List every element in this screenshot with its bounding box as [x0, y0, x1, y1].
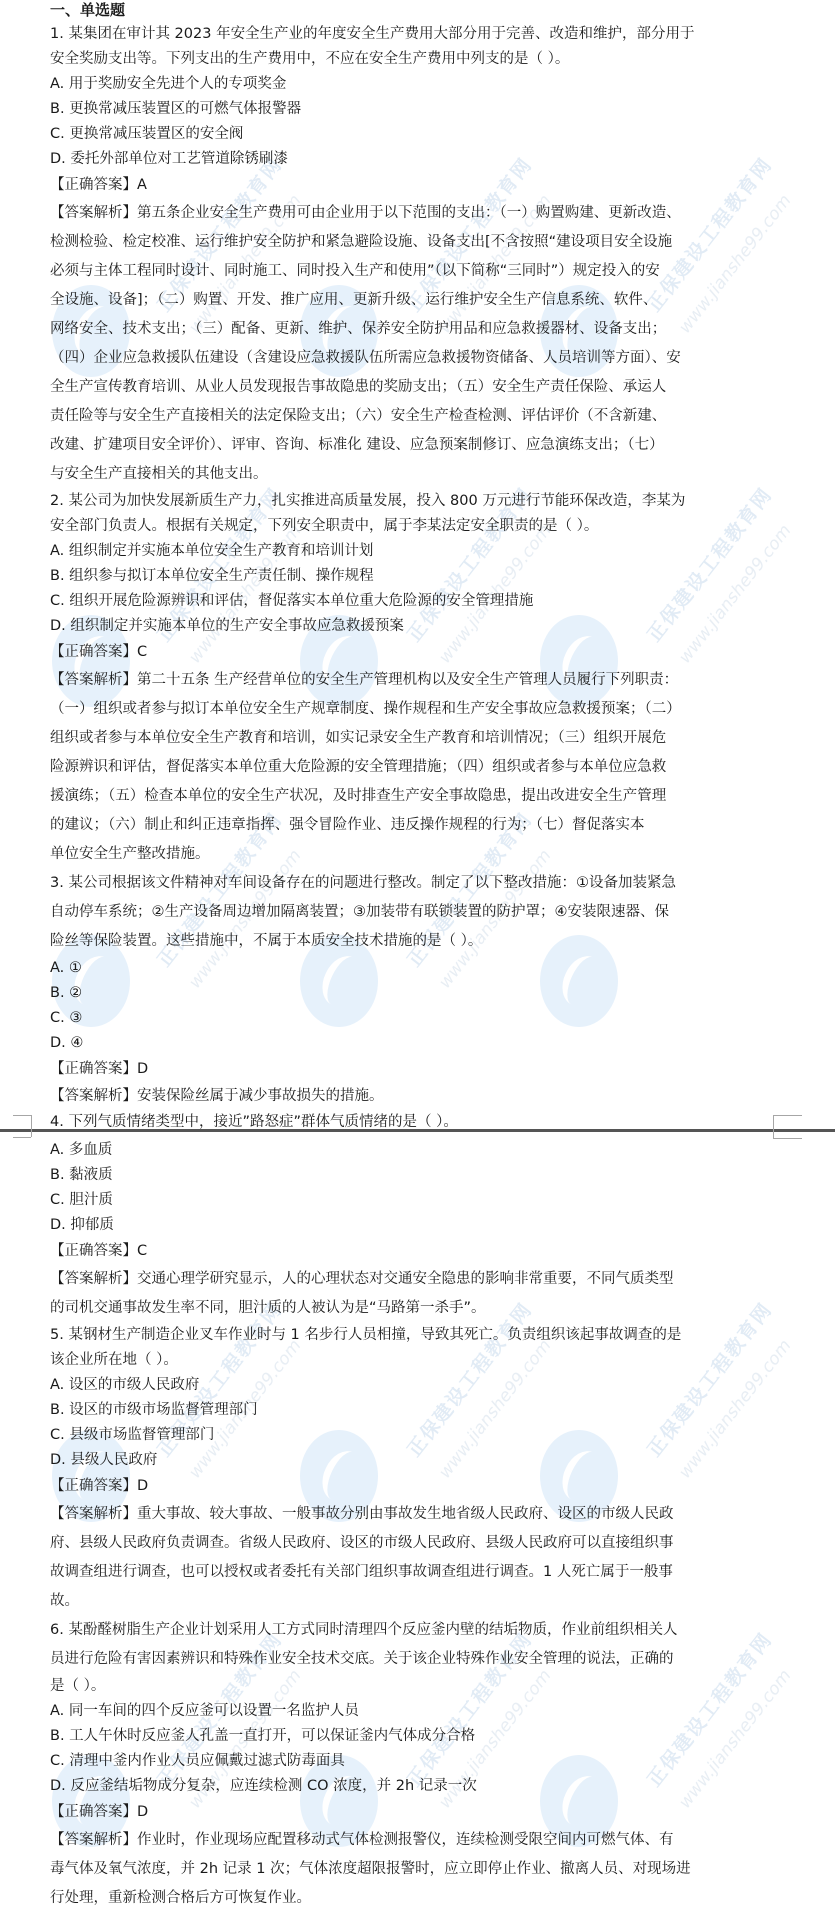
- analysis-text: 第二十五条 生产经营单位的安全生产管理机构以及安全生产管理人员履行下列职责：: [137, 672, 678, 688]
- analysis-line: 【答案解析】交通心理学研究显示，人的心理状态对交通安全隐患的影响非常重要，不同气…: [0, 1265, 835, 1294]
- question-6: 6. 某酚醛树脂生产企业计划采用人工方式同时清理四个反应釜内壁的结垢物质，作业前…: [0, 1616, 835, 1913]
- option-a: A. 设区的市级人民政府: [0, 1373, 835, 1398]
- answer-label: 【正确答案】: [50, 1804, 137, 1820]
- analysis-line: 【答案解析】第二十五条 生产经营单位的安全生产管理机构以及安全生产管理人员履行下…: [0, 666, 835, 695]
- page-break-line: [0, 1129, 835, 1132]
- analysis-line: 府、县级人民政府负责调查。省级人民政府、设区的市级人民政府、县级人民政府可以直接…: [0, 1529, 835, 1558]
- analysis-label: 【答案解析】: [50, 1088, 137, 1104]
- analysis-line: 责任险等与安全生产直接相关的法定保险支出；（六）安全生产检查检测、评估评价（不含…: [0, 402, 835, 431]
- question-stem-line: 是（ ）。: [0, 1674, 835, 1699]
- analysis-line: 网络安全、技术支出；（三）配备、更新、维护、保养安全防护用品和应急救援器材、设备…: [0, 315, 835, 344]
- analysis-line: 【答案解析】作业时，作业现场应配置移动式气体检测报警仪，连续检测受限空间内可燃气…: [0, 1826, 835, 1855]
- option-c: C. 更换常减压装置区的安全阀: [0, 122, 835, 147]
- option-d: D. ④: [0, 1031, 835, 1056]
- answer-label: 【正确答案】: [50, 1061, 137, 1077]
- analysis-line: 检测检验、检定校准、运行维护安全防护和紧急避险设施、设备支出[不含按照“建设项目…: [0, 228, 835, 257]
- option-d: D. 组织制定并实施本单位的生产安全事故应急救援预案: [0, 614, 835, 639]
- analysis-label: 【答案解析】: [50, 1506, 137, 1522]
- option-b: B. 黏液质: [0, 1163, 835, 1188]
- analysis-line: 险源辨识和评估，督促落实本单位重大危险源的安全管理措施；（四）组织或者参与本单位…: [0, 753, 835, 782]
- question-5: 5. 某钢材生产制造企业叉车作业时与 1 名步行人员相撞，导致其死亡。负责组织该…: [0, 1323, 835, 1616]
- analysis-line: 行处理，重新检测合格后方可恢复作业。: [0, 1884, 835, 1913]
- option-a: A. 同一车间的四个反应釜可以设置一名监护人员: [0, 1699, 835, 1724]
- analysis-line: 故调查组进行调查，也可以授权或者委托有关部门组织事故调查组进行调查。1 人死亡属…: [0, 1558, 835, 1587]
- question-stem-line: 1. 某集团在审计其 2023 年安全生产业的年度安全生产费用大部分用于完善、改…: [0, 22, 835, 47]
- correct-answer: 【正确答案】D: [0, 1056, 835, 1083]
- answer-value: C: [137, 644, 147, 660]
- option-d: D. 县级人民政府: [0, 1448, 835, 1473]
- answer-value: D: [137, 1478, 148, 1494]
- question-2: 2. 某公司为加快发展新质生产力，扎实推进高质量发展，投入 800 万元进行节能…: [0, 489, 835, 869]
- analysis-text: 第五条企业安全生产费用可由企业用于以下范围的支出：（一）购置购建、更新改造、: [137, 205, 681, 221]
- question-stem-line: 5. 某钢材生产制造企业叉车作业时与 1 名步行人员相撞，导致其死亡。负责组织该…: [0, 1323, 835, 1348]
- analysis-text: 重大事故、较大事故、一般事故分别由事故发生地省级人民政府、设区的市级人民政: [137, 1506, 674, 1522]
- option-d: D. 反应釜结垢物成分复杂，应连续检测 CO 浓度，并 2h 记录一次: [0, 1774, 835, 1799]
- analysis-line: 单位安全生产整改措施。: [0, 840, 835, 869]
- option-b: B. 工人午休时反应釜人孔盖一直打开，可以保证釜内气体成分合格: [0, 1724, 835, 1749]
- analysis-text: 交通心理学研究显示，人的心理状态对交通安全隐患的影响非常重要，不同气质类型: [137, 1271, 674, 1287]
- crop-mark-right: [773, 1115, 802, 1139]
- correct-answer: 【正确答案】D: [0, 1799, 835, 1826]
- option-a: A. 组织制定并实施本单位安全生产教育和培训计划: [0, 539, 835, 564]
- analysis-line: 改建、扩建项目安全评价）、评审、咨询、标准化 建设、应急预案制修订、应急演练支出…: [0, 431, 835, 460]
- crop-mark-left: [13, 1115, 32, 1137]
- document-page-1: 一、单选题 1. 某集团在审计其 2023 年安全生产业的年度安全生产费用大部分…: [0, 0, 835, 1135]
- crop-mark-left: [13, 1137, 31, 1138]
- option-c: C. 组织开展危险源辨识和评估，督促落实本单位重大危险源的安全管理措施: [0, 589, 835, 614]
- analysis-line: 的司机交通事故发生率不同，胆汁质的人被认为是“马路第一杀手”。: [0, 1294, 835, 1323]
- analysis-line: 援演练；（五）检查本单位的安全生产状况，及时排查生产安全事故隐患，提出改进安全生…: [0, 782, 835, 811]
- question-3: 3. 某公司根据该文件精神对车间设备存在的问题进行整改。制定了以下整改措施：①设…: [0, 869, 835, 1110]
- analysis-label: 【答案解析】: [50, 1832, 137, 1848]
- answer-value: C: [137, 1243, 147, 1259]
- analysis-line: 毒气体及氧气浓度，并 2h 记录 1 次；气体浓度超限报警时，应立即停止作业、撤…: [0, 1855, 835, 1884]
- question-stem-line: 安全奖励支出等。下列支出的生产费用中，不应在安全生产费用中列支的是（ ）。: [0, 47, 835, 72]
- option-d: D. 委托外部单位对工艺管道除锈刷漆: [0, 147, 835, 172]
- analysis-line: （一）组织或者参与拟订本单位安全生产规章制度、操作规程和生产安全事故应急救援预案…: [0, 695, 835, 724]
- analysis-line: 全设施、设备]；（二）购置、开发、推广应用、更新升级、运行维护安全生产信息系统、…: [0, 286, 835, 315]
- option-d: D. 抑郁质: [0, 1213, 835, 1238]
- analysis-label: 【答案解析】: [50, 1271, 137, 1287]
- question-stem-line: 自动停车系统；②生产设备周边增加隔离装置；③加装带有联锁装置的防护罩；④安装限速…: [0, 898, 835, 927]
- option-b: B. 组织参与拟订本单位安全生产责任制、操作规程: [0, 564, 835, 589]
- analysis-line: 与安全生产直接相关的其他支出。: [0, 460, 835, 489]
- analysis-text: 作业时，作业现场应配置移动式气体检测报警仪，连续检测受限空间内可燃气体、有: [137, 1832, 674, 1848]
- analysis-line: 【答案解析】重大事故、较大事故、一般事故分别由事故发生地省级人民政府、设区的市级…: [0, 1500, 835, 1529]
- analysis-label: 【答案解析】: [50, 672, 137, 688]
- correct-answer: 【正确答案】C: [0, 1238, 835, 1265]
- question-stem-line: 6. 某酚醛树脂生产企业计划采用人工方式同时清理四个反应釜内壁的结垢物质，作业前…: [0, 1616, 835, 1645]
- correct-answer: 【正确答案】C: [0, 639, 835, 666]
- analysis-line: 【答案解析】安装保险丝属于减少事故损失的措施。: [0, 1083, 835, 1110]
- option-b: B. 设区的市级市场监督管理部门: [0, 1398, 835, 1423]
- question-stem-line: 3. 某公司根据该文件精神对车间设备存在的问题进行整改。制定了以下整改措施：①设…: [0, 869, 835, 898]
- option-b: B. ②: [0, 981, 835, 1006]
- analysis-label: 【答案解析】: [50, 205, 137, 221]
- answer-label: 【正确答案】: [50, 1478, 137, 1494]
- document-page-2: A. 多血质 B. 黏液质 C. 胆汁质 D. 抑郁质 【正确答案】C 【答案解…: [0, 1138, 835, 1913]
- question-stem-line: 该企业所在地（ ）。: [0, 1348, 835, 1373]
- answer-label: 【正确答案】: [50, 177, 137, 193]
- analysis-text: 安装保险丝属于减少事故损失的措施。: [137, 1088, 384, 1104]
- question-4: A. 多血质 B. 黏液质 C. 胆汁质 D. 抑郁质 【正确答案】C 【答案解…: [0, 1138, 835, 1323]
- question-stem-line: 安全部门负责人。根据有关规定，下列安全职责中，属于李某法定安全职责的是（ ）。: [0, 514, 835, 539]
- question-stem-line: 2. 某公司为加快发展新质生产力，扎实推进高质量发展，投入 800 万元进行节能…: [0, 489, 835, 514]
- correct-answer: 【正确答案】D: [0, 1473, 835, 1500]
- correct-answer: 【正确答案】A: [0, 172, 835, 199]
- answer-value: D: [137, 1061, 148, 1077]
- analysis-line: （四）企业应急救援队伍建设（含建设应急救援队伍所需应急救援物资储备、人员培训等方…: [0, 344, 835, 373]
- option-c: C. 县级市场监督管理部门: [0, 1423, 835, 1448]
- question-1: 1. 某集团在审计其 2023 年安全生产业的年度安全生产费用大部分用于完善、改…: [0, 22, 835, 489]
- answer-label: 【正确答案】: [50, 644, 137, 660]
- analysis-line: 全生产宣传教育培训、从业人员发现报告事故隐患的奖励支出；（五）安全生产责任保险、…: [0, 373, 835, 402]
- analysis-line: 【答案解析】第五条企业安全生产费用可由企业用于以下范围的支出：（一）购置购建、更…: [0, 199, 835, 228]
- option-a: A. ①: [0, 956, 835, 981]
- answer-value: A: [137, 177, 147, 193]
- analysis-line: 必须与主体工程同时设计、同时施工、同时投入生产和使用”（以下简称“三同时”）规定…: [0, 257, 835, 286]
- option-c: C. ③: [0, 1006, 835, 1031]
- option-c: C. 清理中釜内作业人员应佩戴过滤式防毒面具: [0, 1749, 835, 1774]
- option-c: C. 胆汁质: [0, 1188, 835, 1213]
- question-stem-line: 险丝等保险装置。这些措施中，不属于本质安全技术措施的是（ ）。: [0, 927, 835, 956]
- analysis-line: 的建议；（六）制止和纠正违章指挥、强令冒险作业、违反操作规程的行为；（七）督促落…: [0, 811, 835, 840]
- question-stem-line: 员进行危险有害因素辨识和特殊作业安全技术交底。关于该企业特殊作业安全管理的说法，…: [0, 1645, 835, 1674]
- answer-label: 【正确答案】: [50, 1243, 137, 1259]
- answer-value: D: [137, 1804, 148, 1820]
- option-a: A. 用于奖励安全先进个人的专项奖金: [0, 72, 835, 97]
- option-a: A. 多血质: [0, 1138, 835, 1163]
- analysis-line: 组织或者参与本单位安全生产教育和培训，如实记录安全生产教育和培训情况；（三）组织…: [0, 724, 835, 753]
- analysis-line: 故。: [0, 1587, 835, 1616]
- option-b: B. 更换常减压装置区的可燃气体报警器: [0, 97, 835, 122]
- section-heading: 一、单选题: [0, 0, 835, 22]
